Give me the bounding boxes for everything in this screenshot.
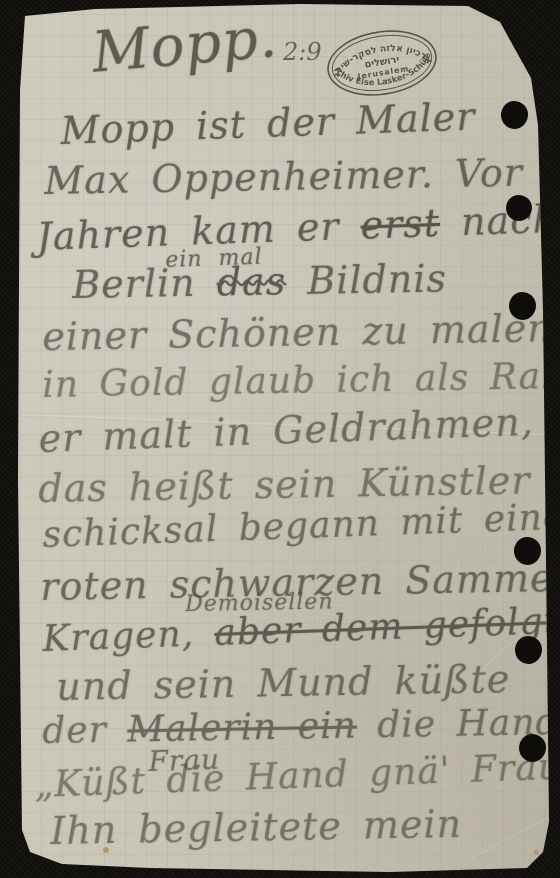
manuscript-line: einer Schönen zu malen [42,309,553,356]
handwriting-text: und sein Mund küßte [56,657,511,709]
handwriting-text: Bildnis [286,256,448,303]
manuscript-line: Max Oppenheimer. Vor [44,154,523,200]
manuscript-title: Mopp. [90,10,280,82]
handwriting-text: Max Oppenheimer. Vor [44,151,523,203]
punch-hole [519,734,546,762]
manuscript-line: und sein Mund küßte [56,660,511,706]
struck-handwriting-text: das [216,259,286,304]
scan-background: Mopp. 2:9 ארכיון אלזה לסקר-שילר ירושלים … [0,0,560,878]
manuscript-line: Ihn begleitete mein [50,805,462,850]
handwriting-text: nach [439,197,558,245]
archive-number-note: 2:9 [283,38,322,66]
punch-hole [506,195,532,221]
manuscript-page: Mopp. 2:9 ארכיון אלזה לסקר-שילר ירושלים … [0,0,560,878]
punch-hole [509,292,536,320]
struck-handwriting-text: erst [360,201,441,248]
manuscript-line: in Gold glaub ich als Rahmen [42,357,560,404]
handwriting-text: einer Schönen zu malen [42,306,553,359]
punch-hole [514,537,541,565]
handwriting-text: Berlin [72,260,217,307]
handwriting-text: Ihn begleitete mein [50,802,462,853]
punch-hole [515,636,542,664]
handwriting-text: der [42,710,128,752]
manuscript-line: Berlin das Bildnis [72,259,447,304]
handwriting-text: Kragen, [42,613,215,660]
age-spot [534,850,539,855]
punch-hole [501,101,528,129]
manuscript-line: der Malerin ein die Hand [42,705,560,750]
